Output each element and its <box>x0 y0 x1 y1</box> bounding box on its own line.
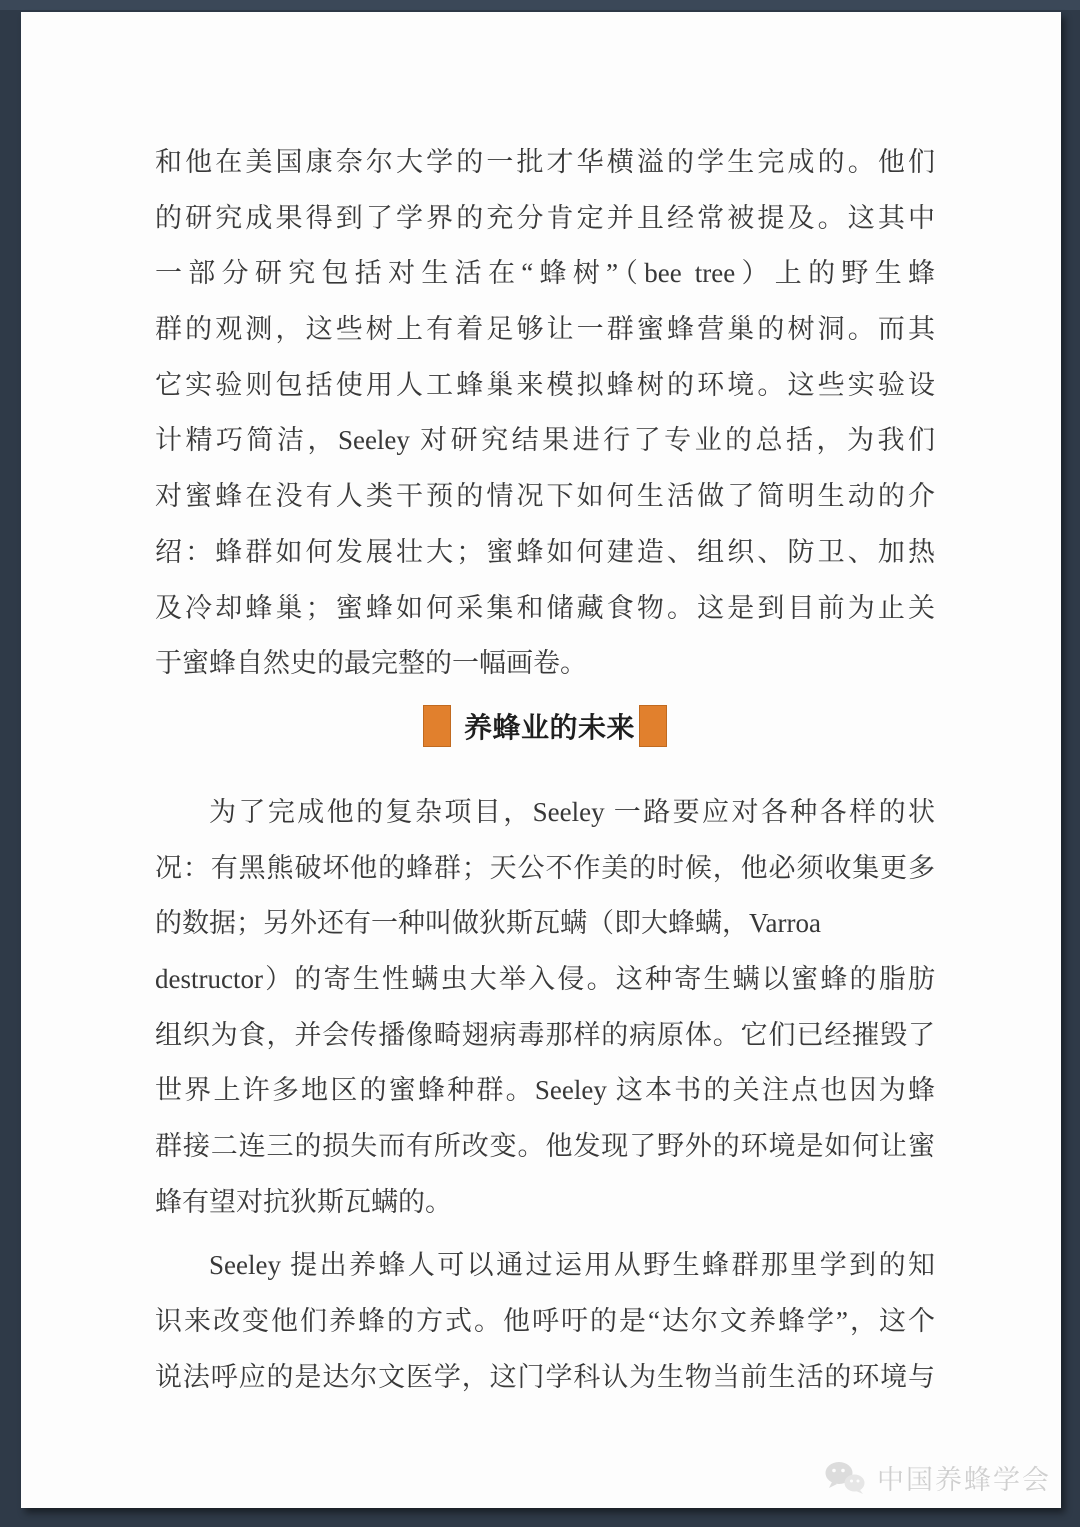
text-line: 的数据；另外还有一种叫做狄斯瓦螨（即大蜂螨，Varroa <box>155 896 935 952</box>
screenshot-root: { "theme": { "frame_color": "#2f3a48", "… <box>0 0 1080 1527</box>
text-line: 况：有黑熊破坏他的蜂群；天公不作美的时候，他必须收集更多 <box>155 841 935 897</box>
text-line: 说法呼应的是达尔文医学，这门学科认为生物当前生活的环境与 <box>155 1350 935 1406</box>
text-line: 绍：蜂群如何发展壮大；蜜蜂如何建造、组织、防卫、加热 <box>155 525 935 581</box>
text-line: 于蜜蜂自然史的最完整的一幅画卷。 <box>155 636 935 692</box>
text-line: 世界上许多地区的蜜蜂种群。Seeley 这本书的关注点也因为蜂 <box>155 1063 935 1119</box>
text-line: 群接二连三的损失而有所改变。他发现了野外的环境是如何让蜜 <box>155 1119 935 1175</box>
frame-top-edge <box>0 0 1080 10</box>
text-line: 对蜜蜂在没有人类干预的情况下如何生活做了简明生动的介 <box>155 469 935 525</box>
watermark-text: 中国养蜂学会 <box>877 1458 1051 1497</box>
text-line: 计精巧简洁，Seeley 对研究结果进行了专业的总括，为我们 <box>155 413 935 469</box>
orange-marker-icon <box>423 705 451 747</box>
text-line: 群的观测，这些树上有着足够让一群蜜蜂营巢的树洞。而其 <box>155 302 935 358</box>
section-heading-text: 养蜂业的未来 <box>464 706 635 746</box>
watermark: 中国养蜂学会 <box>822 1458 1051 1497</box>
paragraph: 和他在美国康奈尔大学的一批才华横溢的学生完成的。他们的研究成果得到了学界的充分肯… <box>155 135 935 692</box>
text-line: 及冷却蜂巢；蜜蜂如何采集和储藏食物。这是到目前为止关 <box>155 581 935 637</box>
section-heading: 养蜂业的未来 <box>155 698 935 754</box>
text-line: 组织为食，并会传播像畸翅病毒那样的病原体。它们已经摧毁了 <box>155 1008 935 1064</box>
text-line: 蜂有望对抗狄斯瓦螨的。 <box>155 1175 935 1231</box>
paragraph: Seeley 提出养蜂人可以通过运用从野生蜂群那里学到的知识来改变他们养蜂的方式… <box>155 1238 935 1405</box>
text-line: 的研究成果得到了学界的充分肯定并且经常被提及。这其中 <box>155 191 935 247</box>
article-body: 和他在美国康奈尔大学的一批才华横溢的学生完成的。他们的研究成果得到了学界的充分肯… <box>21 12 1061 1405</box>
document-page: 和他在美国康奈尔大学的一批才华横溢的学生完成的。他们的研究成果得到了学界的充分肯… <box>21 12 1061 1508</box>
text-line: destructor）的寄生性螨虫大举入侵。这种寄生螨以蜜蜂的脂肪 <box>155 952 935 1008</box>
wechat-logo-icon <box>822 1460 868 1496</box>
text-line: 一部分研究包括对生活在“蜂树”（bee tree）上的野生蜂 <box>155 246 935 302</box>
paragraph: 为了完成他的复杂项目，Seeley 一路要应对各种各样的状况：有黑熊破坏他的蜂群… <box>155 785 935 1231</box>
text-line: 为了完成他的复杂项目，Seeley 一路要应对各种各样的状 <box>155 785 935 841</box>
text-line: 和他在美国康奈尔大学的一批才华横溢的学生完成的。他们 <box>155 135 935 191</box>
text-line: 识来改变他们养蜂的方式。他呼吁的是“达尔文养蜂学”，这个 <box>155 1294 935 1350</box>
orange-marker-icon <box>639 705 667 747</box>
text-line: 它实验则包括使用人工蜂巢来模拟蜂树的环境。这些实验设 <box>155 358 935 414</box>
text-line: Seeley 提出养蜂人可以通过运用从野生蜂群那里学到的知 <box>155 1238 935 1294</box>
